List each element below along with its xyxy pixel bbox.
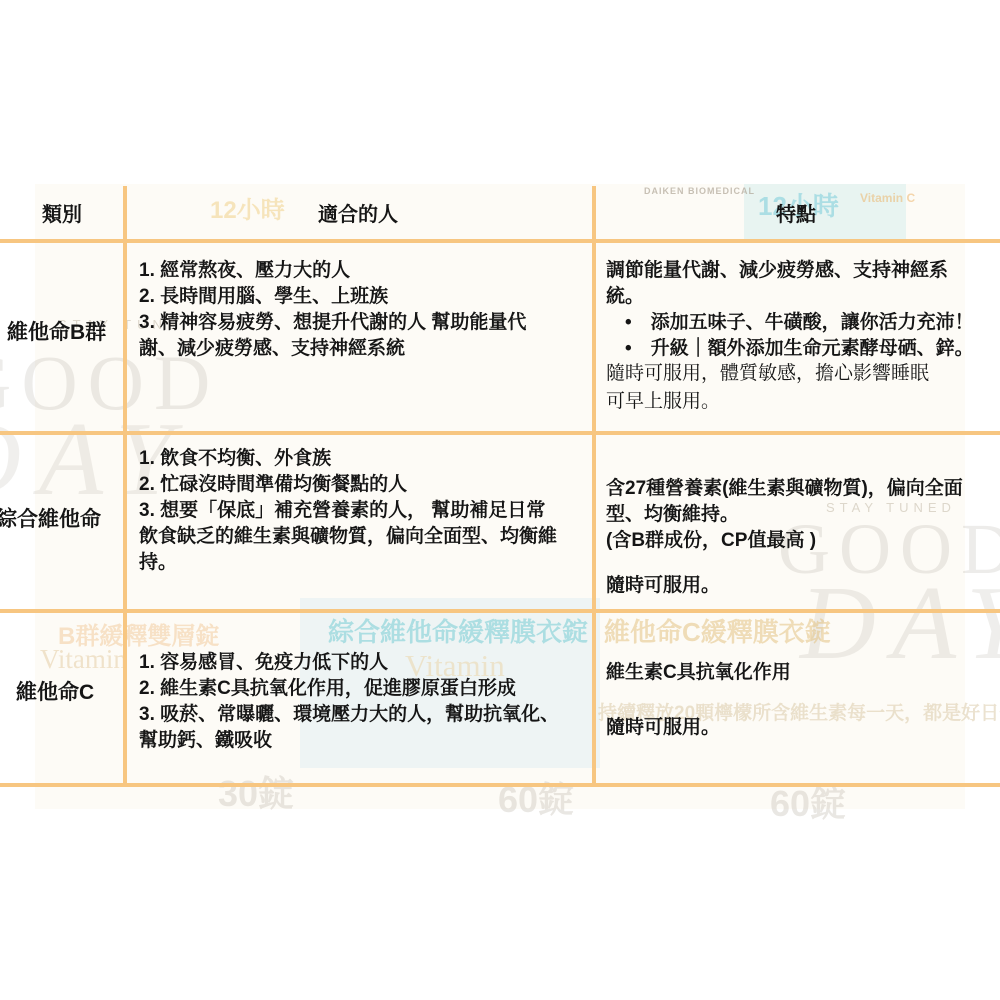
table-vline-1: [123, 186, 127, 787]
brand-label: DAIKEN BIOMEDICAL: [644, 186, 755, 196]
header-features: 特點: [592, 198, 1000, 227]
category-vitamin-b: 維他命B群: [7, 316, 106, 346]
count-b-group: 30錠: [218, 766, 294, 817]
table-hline-row2: [0, 609, 1000, 613]
product-name-multivitamin: 綜合維他命緩釋膜衣錠: [328, 612, 588, 649]
table-hline-row1: [0, 431, 1000, 435]
audience-multivitamin: 1. 飲食不均衡、外食族 2. 忙碌沒時間準備均衡餐點的人 3. 想要「保底」補…: [139, 446, 589, 576]
features-vitamin-c: 維生素C具抗氧化作用: [606, 660, 998, 686]
features-note-vitamin-b: 隨時可服用，體質敏感，擔心影響睡眠 可早上服用。: [606, 360, 998, 416]
features-note-vitamin-c: 隨時可服用。: [606, 714, 998, 742]
audience-vitamin-b: 1. 經常熬夜、壓力大的人 2. 長時間用腦、學生、上班族 3. 精神容易疲勞、…: [139, 258, 589, 362]
table-hline-bottom: [0, 783, 1000, 787]
table-hline-header: [0, 239, 1000, 243]
count-multivitamin: 60錠: [498, 772, 574, 823]
audience-vitamin-c: 1. 容易感冒、免疫力低下的人 2. 維生素C具抗氧化作用，促進膠原蛋白形成 3…: [139, 650, 589, 754]
vitamin-comparison-table: 12小時 12小時 DAIKEN BIOMEDICAL Vitamin C ST…: [0, 0, 1000, 1000]
vitamin-serif-left: Vitamin: [40, 644, 127, 675]
category-multivitamin: 綜合維他命: [0, 503, 101, 533]
category-vitamin-c: 維他命C: [16, 676, 94, 706]
product-name-vitamin-c: 維他命C緩釋膜衣錠: [604, 612, 831, 649]
features-multivitamin: 含27種營養素(維生素與礦物質)，偏向全面 型、均衡維持。 (含B群成份，CP值…: [606, 476, 998, 554]
features-note-multivitamin: 隨時可服用。: [606, 572, 998, 600]
table-vline-2: [592, 186, 596, 787]
header-audience: 適合的人: [124, 198, 592, 227]
header-category: 類別: [0, 198, 124, 227]
features-vitamin-b: 調節能量代謝、減少疲勞感、支持神經系 統。 • 添加五味子、牛磺酸，讓你活力充沛…: [606, 258, 998, 362]
product-name-b-group: B群緩釋雙層錠: [58, 616, 219, 651]
